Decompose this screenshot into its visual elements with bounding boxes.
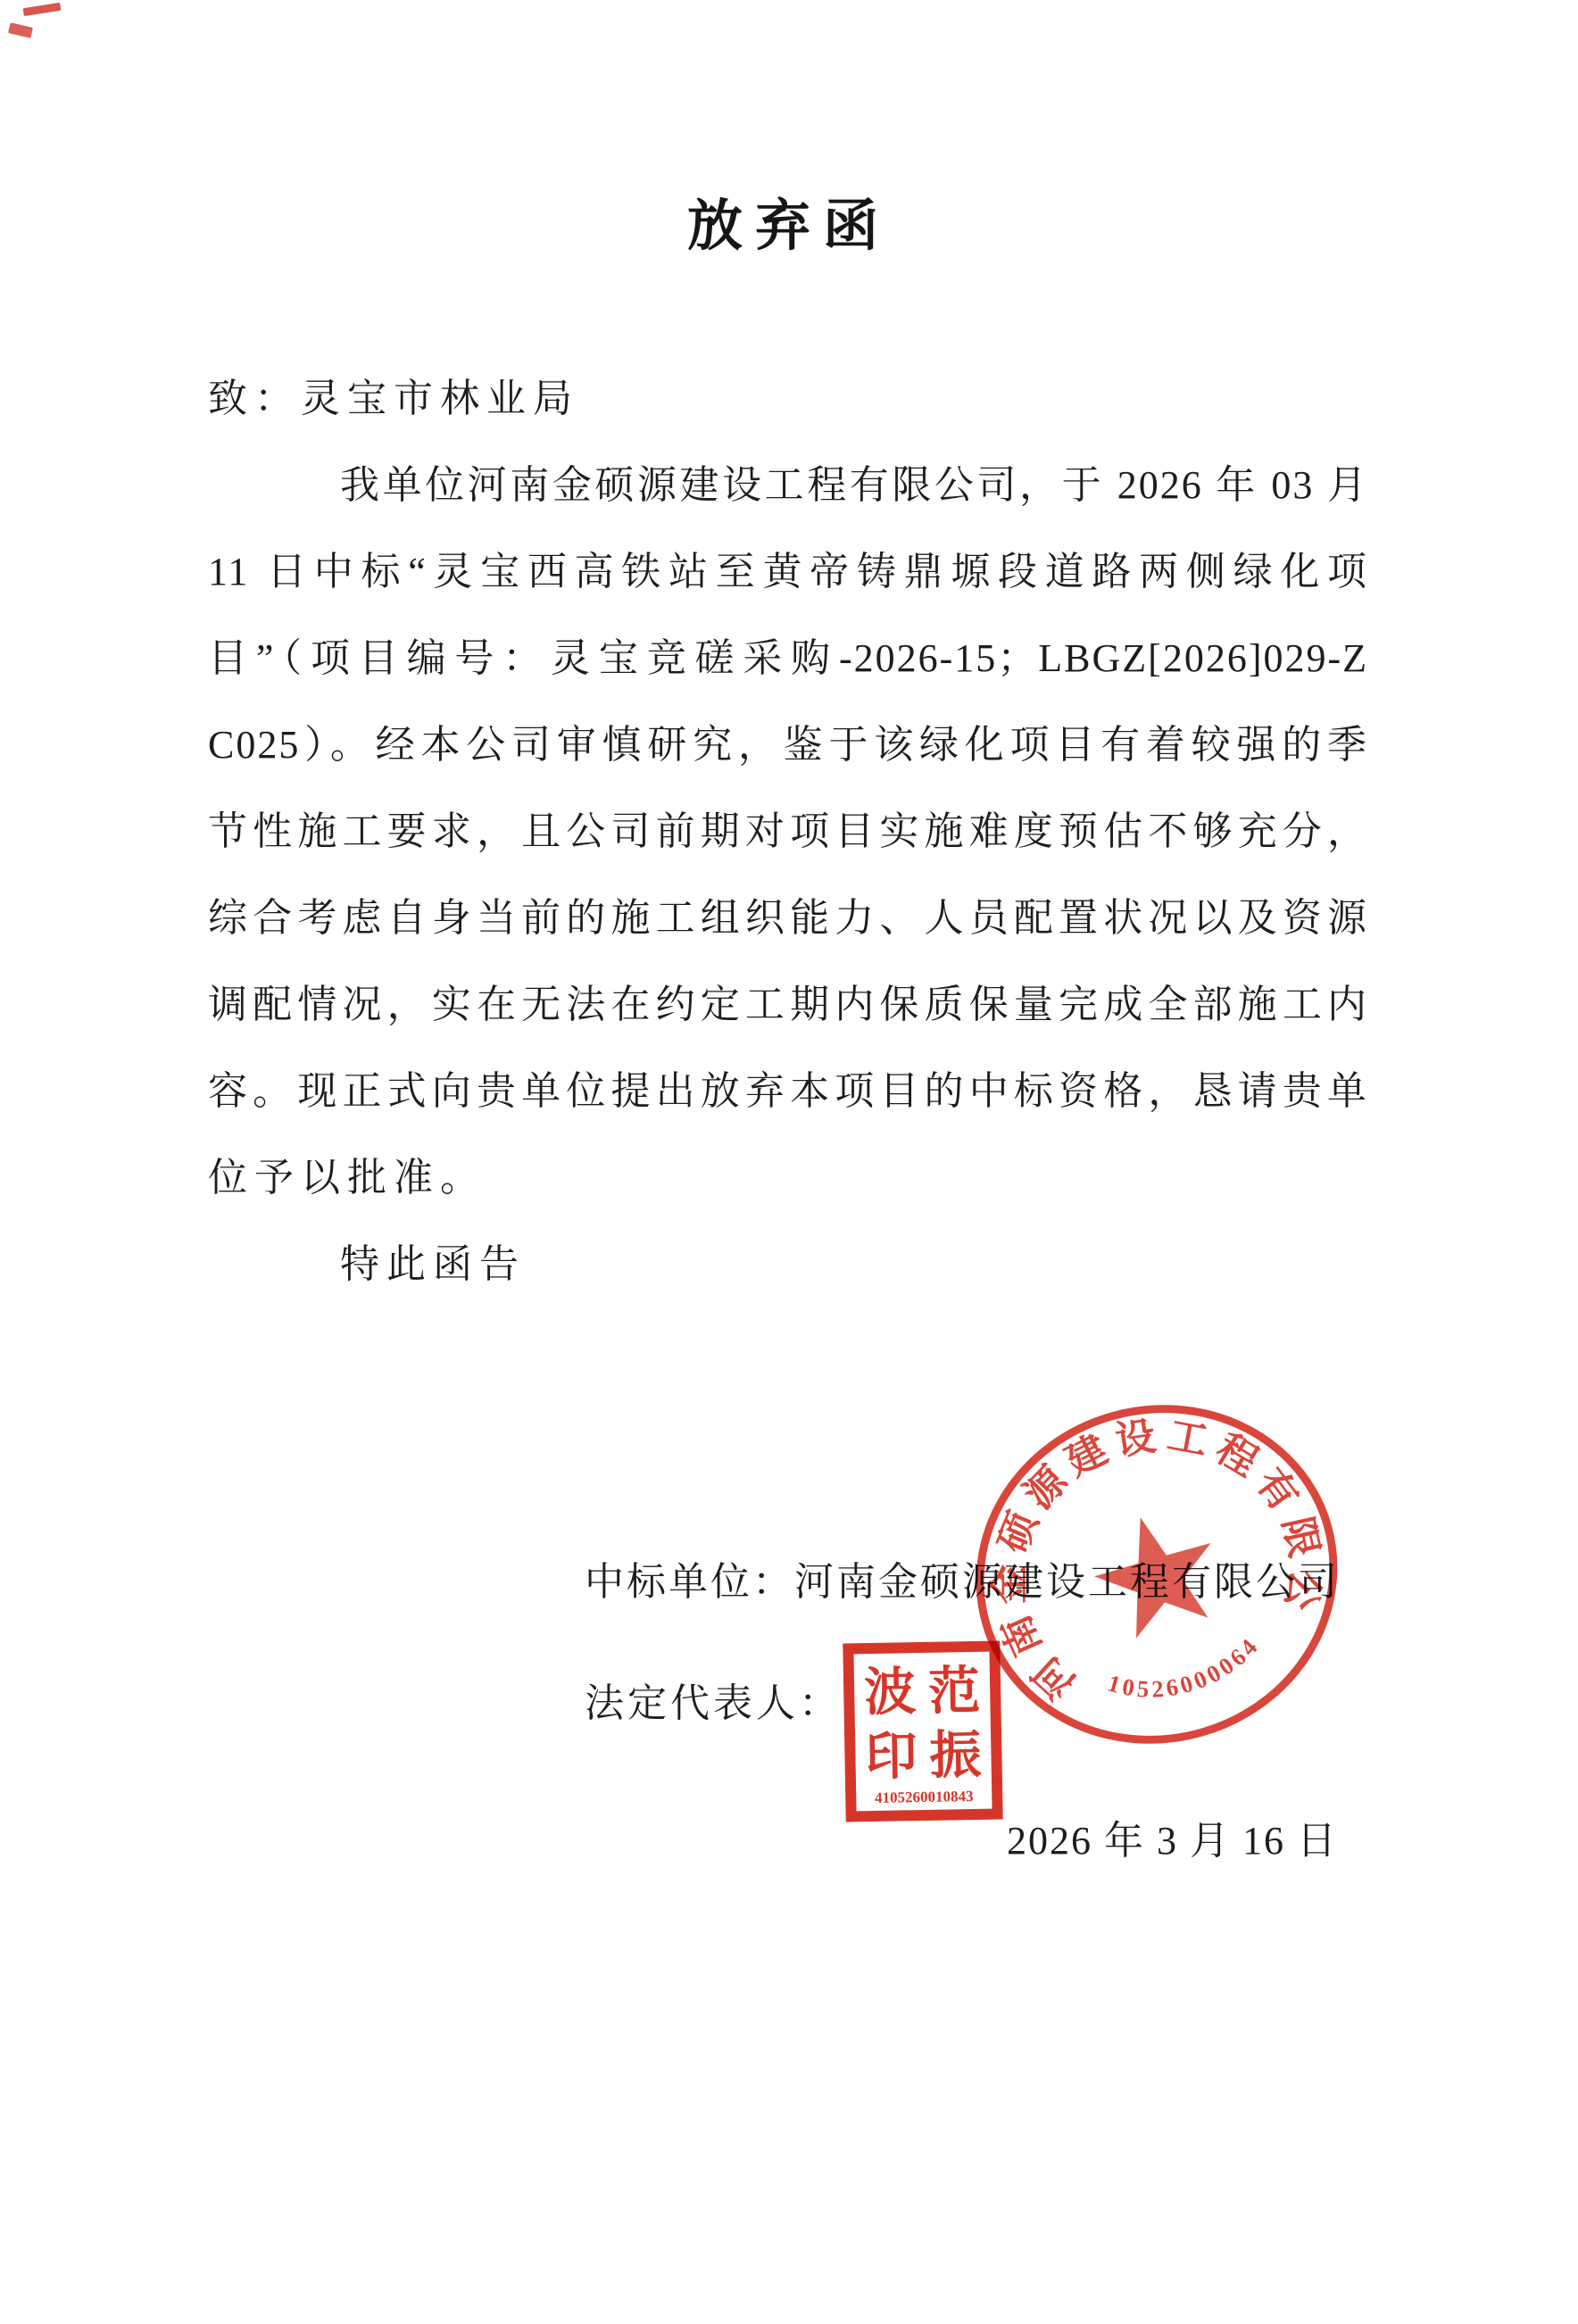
recipient-line: 致：灵宝市林业局 [208,355,1368,442]
name-seal-char: 波 [864,1666,917,1719]
name-seal-char: 范 [928,1665,981,1718]
legal-rep-name-seal: 波 范 印 振 4105260010843 [843,1640,1002,1822]
star-icon [1083,1501,1231,1645]
letter-page: 放弃函 致：灵宝市林业局 我单位河南金硕源建设工程有限公司，于 2026 年 0… [0,0,1578,2324]
name-seal-characters: 波 范 印 振 [853,1652,992,1790]
name-seal-char: 印 [865,1731,918,1783]
legal-rep-label: 法定代表人： [585,1681,842,1725]
body-line: 综合考虑自身当前的施工组织能力、人员配置状况以及资源 [208,875,1368,961]
body-line: 位予以批准。 [208,1134,1368,1221]
company-seal: 河南金硕源建设工程有限公司 4105260000648 [967,1398,1347,1751]
page-title: 放弃函 [0,181,1578,261]
closing-line: 特此函告 [208,1221,1368,1307]
body-line: 节性施工要求，且公司前期对项目实施难度预估不够充分， [208,788,1368,875]
body-line: C025）。经本公司审慎研究，鉴于该绿化项目有着较强的季 [208,701,1368,788]
date-line: 2026 年 3 月 16 日 [1007,1808,1338,1865]
letter-body: 致：灵宝市林业局 我单位河南金硕源建设工程有限公司，于 2026 年 03 月 … [208,355,1368,1307]
winner-label: 中标单位： [585,1560,794,1604]
name-seal-number: 4105260010843 [856,1788,992,1812]
body-line: 目”（项目编号：灵宝竞磋采购-2026-15；LBGZ[2026]029-Z [208,615,1368,701]
legal-rep-line: 法定代表人： [585,1671,842,1728]
scan-artifact-icon [8,22,33,38]
body-line: 容。现正式向贵单位提出放弃本项目的中标资格，恳请贵单 [208,1048,1368,1134]
body-line: 11 日中标“灵宝西高铁站至黄帝铸鼎塬段道路两侧绿化项 [208,528,1368,615]
scan-artifact-icon [23,3,62,16]
body-line: 调配情况，实在无法在约定工期内保质保量完成全部施工内 [208,961,1368,1048]
name-seal-char: 振 [929,1730,982,1782]
body-line: 我单位河南金硕源建设工程有限公司，于 2026 年 03 月 [208,442,1368,528]
